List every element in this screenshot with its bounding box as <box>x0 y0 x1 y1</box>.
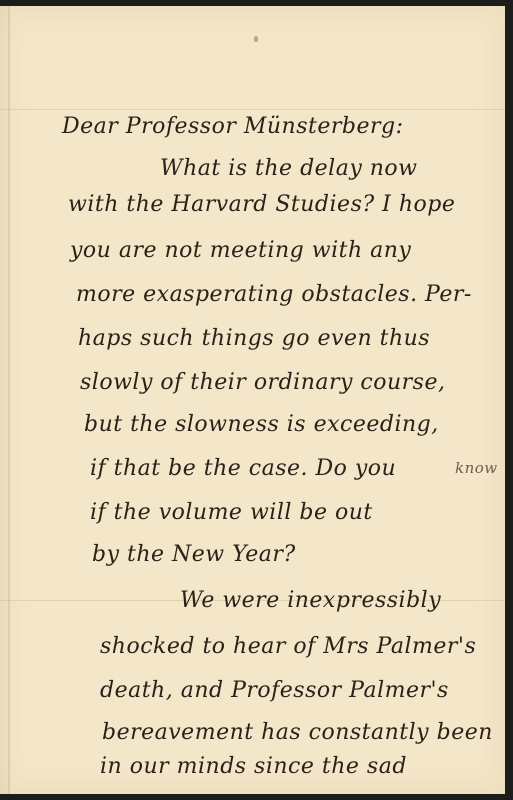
letter-line: if the volume will be out <box>90 500 373 525</box>
salutation: Dear Professor Münsterberg: <box>62 114 404 139</box>
letter-line: in our minds since the sad <box>100 754 407 779</box>
letter-line: but the slowness is exceeding, <box>84 412 439 437</box>
letter-line: What is the delay now <box>160 156 418 181</box>
letter-page: Dear Professor Münsterberg: What is the … <box>0 6 505 794</box>
letter-line: you are not meeting with any <box>70 238 411 263</box>
letter-line: bereavement has constantly been <box>102 720 493 745</box>
letter-line: death, and Professor Palmer's <box>100 678 449 703</box>
letter-line: more exasperating obstacles. Per- <box>76 282 472 307</box>
letter-line: if that be the case. Do you <box>90 456 396 481</box>
letter-line: We were inexpressibly <box>180 588 441 613</box>
insertion-word: know <box>455 459 498 477</box>
binding-edge <box>8 6 10 794</box>
fold-line <box>0 109 505 110</box>
letter-line: shocked to hear of Mrs Palmer's <box>100 634 476 659</box>
letter-line: slowly of their ordinary course, <box>80 370 445 395</box>
pin-mark <box>254 36 258 42</box>
letter-line: with the Harvard Studies? I hope <box>68 192 455 217</box>
letter-line: haps such things go even thus <box>78 326 430 351</box>
letter-line: by the New Year? <box>92 542 296 567</box>
